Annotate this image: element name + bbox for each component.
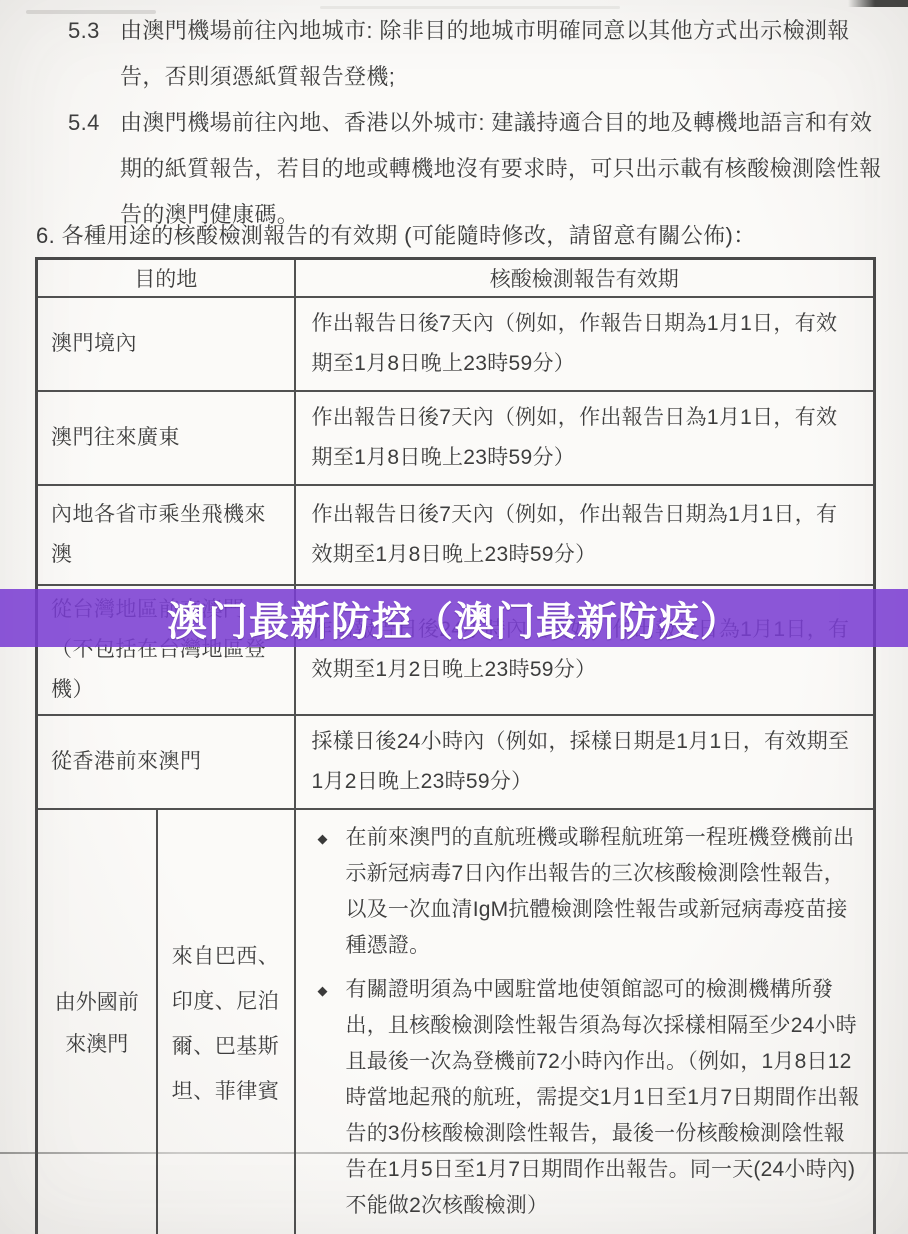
destination-cell: 澳門境內 xyxy=(37,297,295,391)
item-number: 5.4 xyxy=(68,100,120,238)
validity-table: 目的地 核酸檢測報告有效期 澳門境內 作出報告日後7天內（例如，作報告日期為1月… xyxy=(35,257,876,1234)
requirements-cell: ◆ 在前來澳門的直航班機或聯程航班第一程班機登機前出示新冠病毒7日內作出報告的三… xyxy=(295,809,875,1234)
destination-cell: 由外國前 來澳門 xyxy=(37,809,157,1234)
validity-cell: 作出報告日後7天內（例如，作出報告日期為1月1日，有效期至1月8日晚上23時59… xyxy=(295,485,875,585)
table-header-row: 目的地 核酸檢測報告有效期 xyxy=(37,259,875,297)
item-text: 由澳門機場前往內地城市: 除非目的地城市明確同意以其他方式出示檢測報告，否則須憑… xyxy=(120,8,884,100)
document-page: 5.3 由澳門機場前往內地城市: 除非目的地城市明確同意以其他方式出示檢測報告，… xyxy=(0,0,908,1234)
destination-cell: 澳門往來廣東 xyxy=(37,391,295,485)
diamond-bullet-icon: ◆ xyxy=(300,972,346,1224)
item-number: 5.3 xyxy=(68,8,120,100)
list-item-5-4: 5.4 由澳門機場前往內地、香港以外城市: 建議持適合目的地及轉機地語言和有效期… xyxy=(68,100,884,238)
table-row-foreign: 由外國前 來澳門 來自巴西、印度、尼泊爾、巴基斯坦、菲律賓 ◆ 在前來澳門的直航… xyxy=(37,809,875,1234)
table-row: 澳門境內 作出報告日後7天內（例如，作報告日期為1月1日，有效期至1月8日晚上2… xyxy=(37,297,875,391)
watermark-banner: 澳门最新防控（澳门最新防疫） xyxy=(0,589,908,647)
bullet-item: ◆ 在前來澳門的直航班機或聯程航班第一程班機登機前出示新冠病毒7日內作出報告的三… xyxy=(300,820,862,964)
destination-cell: 從香港前來澳門 xyxy=(37,715,295,809)
diamond-bullet-icon: ◆ xyxy=(300,820,346,964)
bullet-text: 在前來澳門的直航班機或聯程航班第一程班機登機前出示新冠病毒7日內作出報告的三次核… xyxy=(346,820,862,964)
bullet-item: ◆ 有關證明須為中國駐當地使領館認可的檢測機構所發出，且核酸檢測陰性報告須為每次… xyxy=(300,972,862,1224)
origin-countries-cell: 來自巴西、印度、尼泊爾、巴基斯坦、菲律賓 xyxy=(157,809,295,1234)
header-validity: 核酸檢測報告有效期 xyxy=(295,259,875,297)
table-row: 內地各省市乘坐飛機來澳 作出報告日後7天內（例如，作出報告日期為1月1日，有效期… xyxy=(37,485,875,585)
item-text: 由澳門機場前往內地、香港以外城市: 建議持適合目的地及轉機地語言和有效期的紙質報… xyxy=(120,100,884,238)
section-6-heading: 6. 各種用途的核酸檢測報告的有效期 (可能隨時修改，請留意有關公佈)： xyxy=(36,219,896,250)
bullet-text: 有關證明須為中國駐當地使領館認可的檢測機構所發出，且核酸檢測陰性報告須為每次採樣… xyxy=(346,972,862,1224)
validity-cell: 作出報告日後7天內（例如，作出報告日為1月1日，有效期至1月8日晚上23時59分… xyxy=(295,391,875,485)
validity-cell: 採樣日後24小時內（例如，採樣日期是1月1日，有效期至1月2日晚上23時59分） xyxy=(295,715,875,809)
header-destination: 目的地 xyxy=(37,259,295,297)
numbered-list: 5.3 由澳門機場前往內地城市: 除非目的地城市明確同意以其他方式出示檢測報告，… xyxy=(68,8,884,238)
list-item-5-3: 5.3 由澳門機場前往內地城市: 除非目的地城市明確同意以其他方式出示檢測報告，… xyxy=(68,8,884,100)
table-row: 澳門往來廣東 作出報告日後7天內（例如，作出報告日為1月1日，有效期至1月8日晚… xyxy=(37,391,875,485)
watermark-text: 澳门最新防控（澳门最新防疫） xyxy=(167,590,741,647)
scan-artifact-bottom xyxy=(0,1152,908,1154)
validity-cell: 作出報告日後7天內（例如，作報告日期為1月1日，有效期至1月8日晚上23時59分… xyxy=(295,297,875,391)
table-row: 從香港前來澳門 採樣日後24小時內（例如，採樣日期是1月1日，有效期至1月2日晚… xyxy=(37,715,875,809)
scan-artifact-top-right xyxy=(848,0,908,7)
destination-cell: 內地各省市乘坐飛機來澳 xyxy=(37,485,295,585)
